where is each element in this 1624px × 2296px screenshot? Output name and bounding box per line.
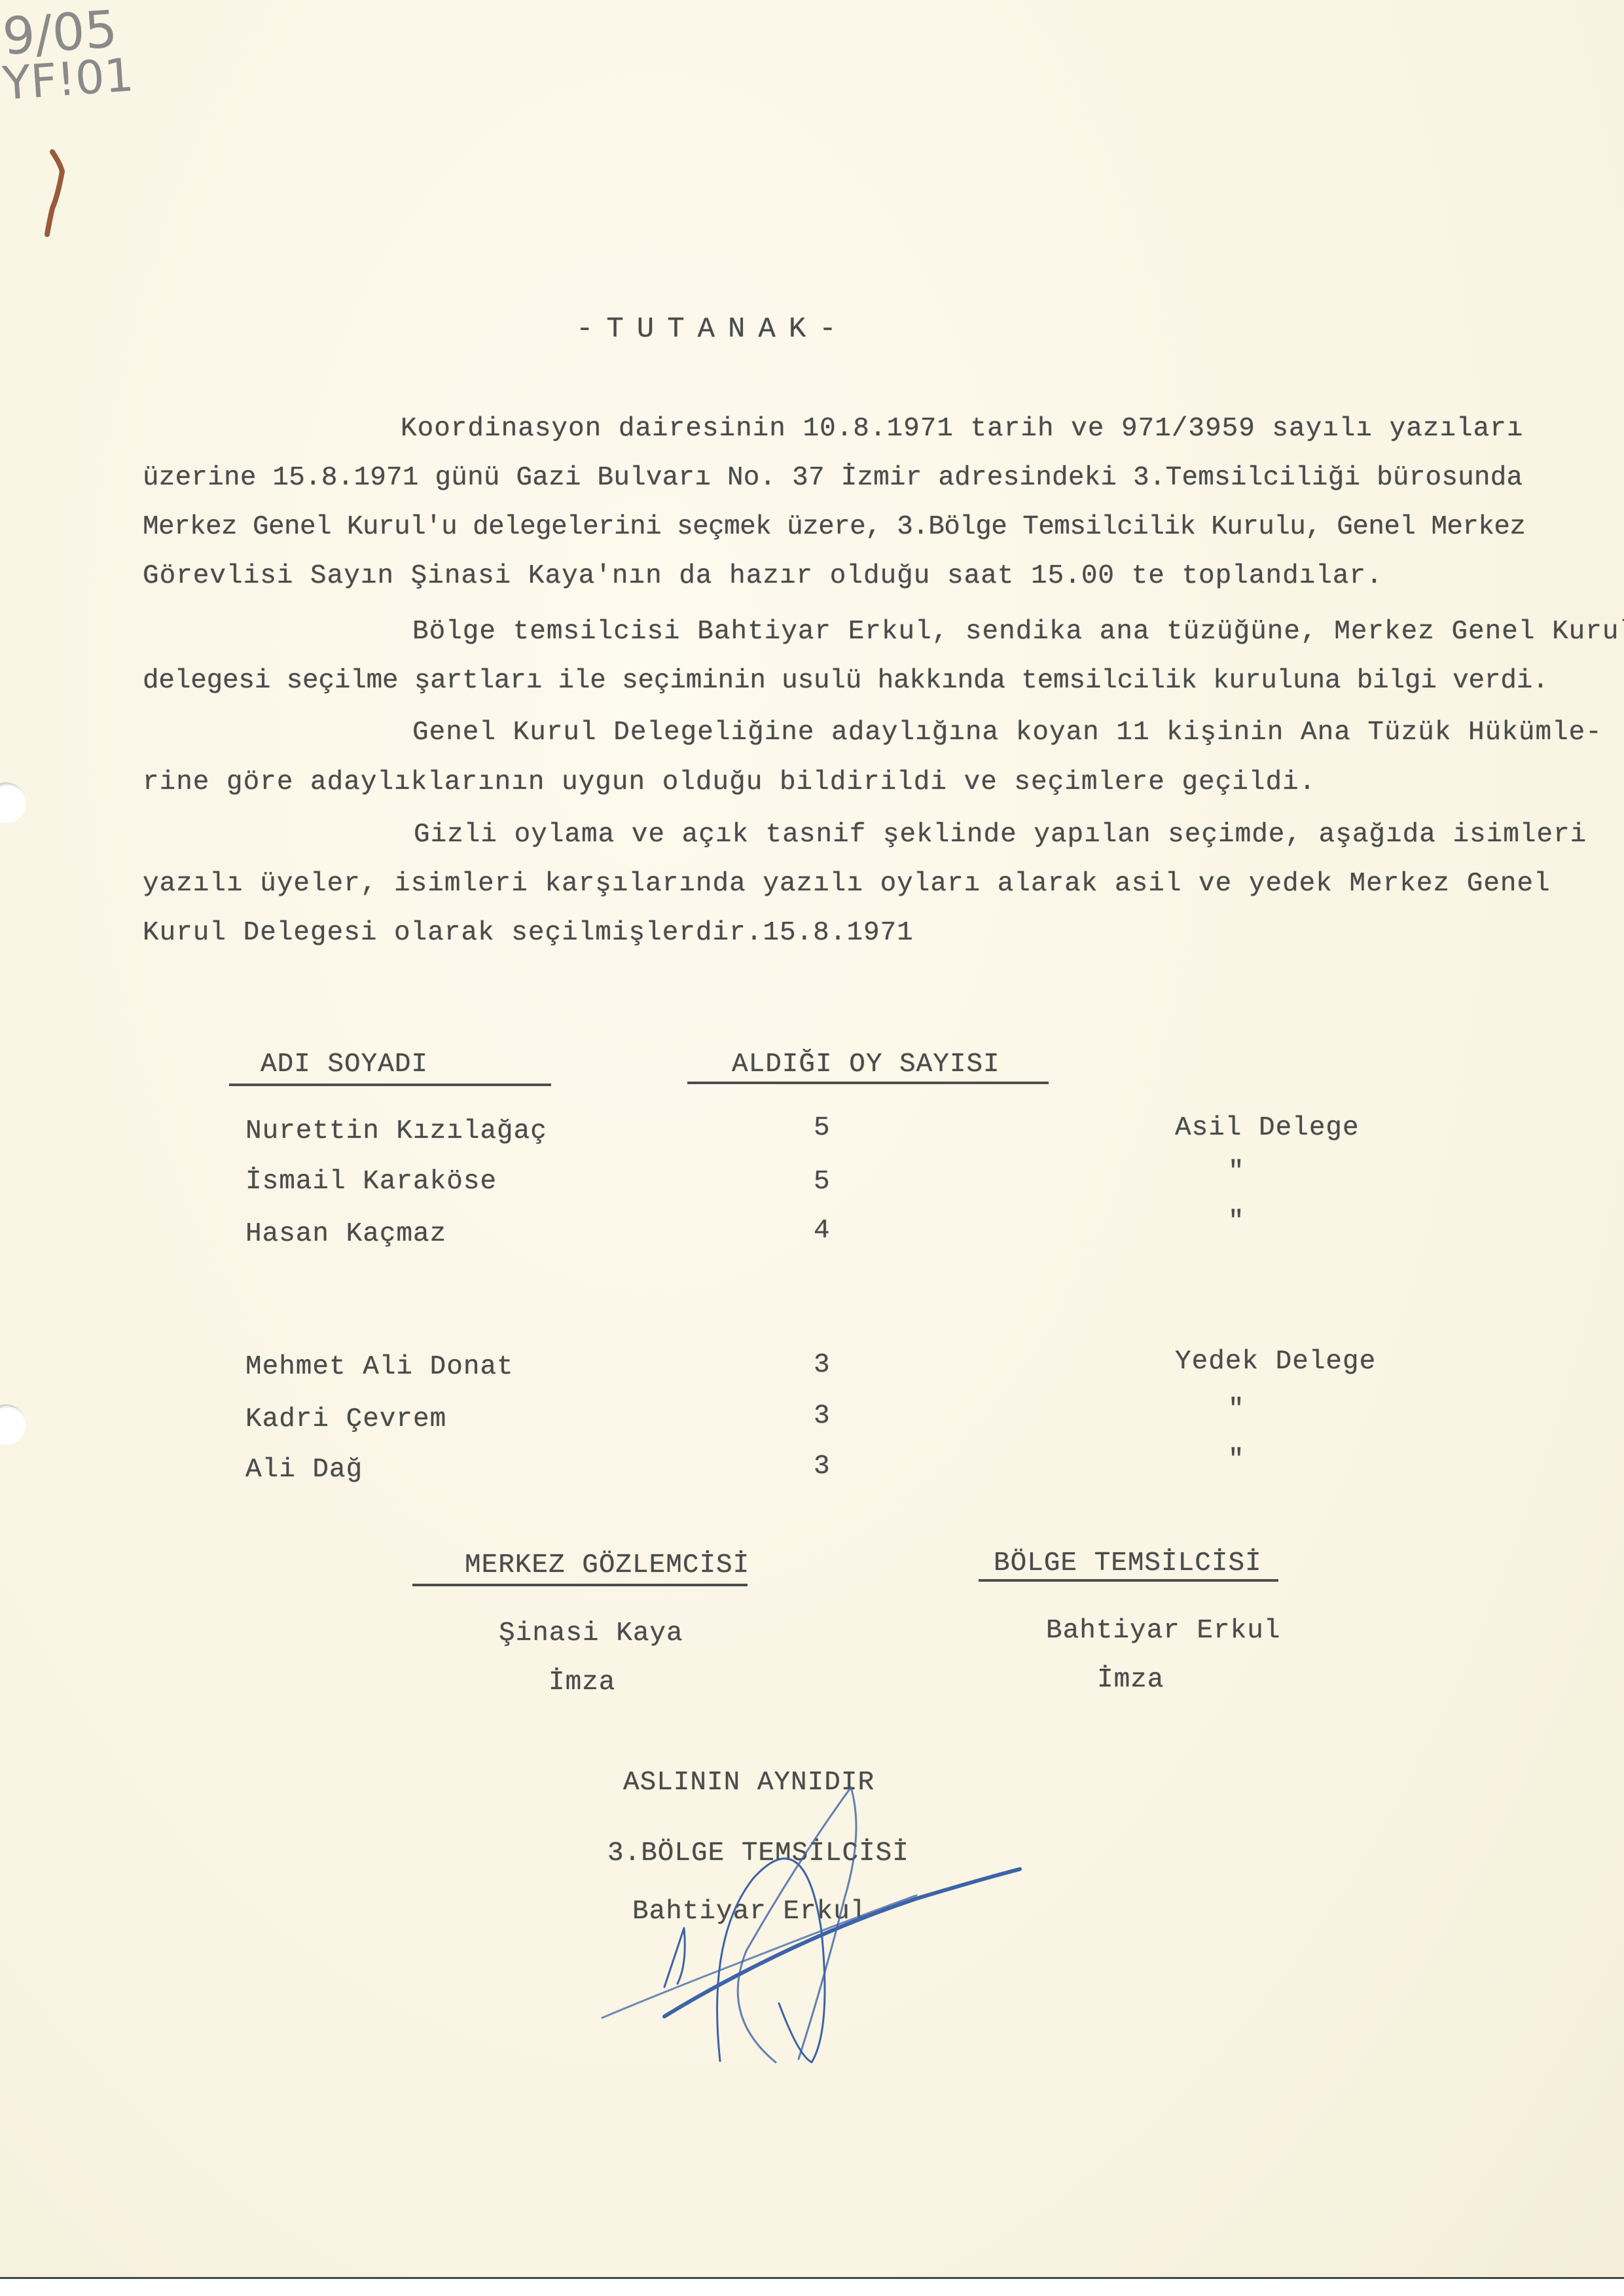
handwritten-signature (0, 0, 1624, 2296)
